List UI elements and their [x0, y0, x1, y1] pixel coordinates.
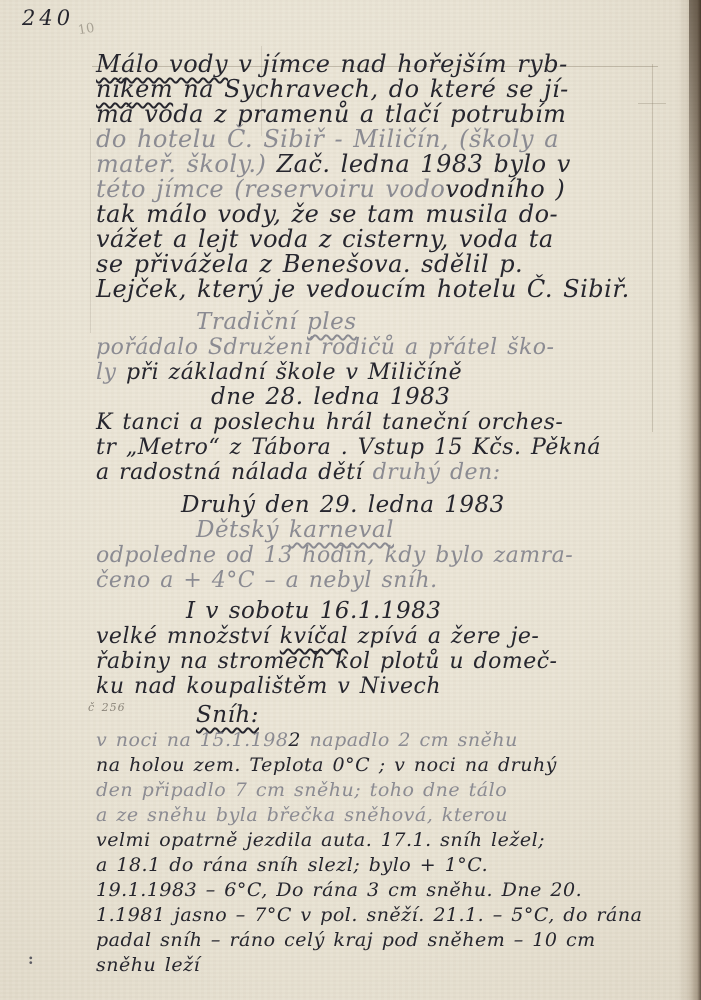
- handwriting-segment: karneval: [289, 517, 394, 543]
- handwriting-segment: tak málo vody, že se tam musila do-: [96, 200, 558, 228]
- handwriting-segment: velké množství: [96, 624, 280, 649]
- manuscript-line: vážet a lejt voda z cisterny, voda ta: [96, 227, 701, 252]
- handwriting-segment: dne 28. ledna 1983: [211, 384, 450, 410]
- pencil-annotation: 10: [77, 21, 96, 39]
- handwriting-segment: ku nad koupalištěm v Nivech: [96, 674, 441, 699]
- handwriting-segment: této jímce (reservoiru vodo: [96, 175, 445, 203]
- handwriting-segment: do hotelu Č. Sibiř - Miličín, (školy a: [96, 125, 559, 153]
- handwriting-segment: níkem: [96, 75, 173, 103]
- page-edge-shadow-top: [689, 0, 701, 330]
- handwriting-segment: čeno a + 4°C – a nebyl sníh.: [96, 568, 438, 593]
- manuscript-line: na holou zem. Teplota 0°C ; v noci na dr…: [96, 753, 701, 778]
- manuscript-line: v noci na 15.1.1982 napadlo 2 cm sněhu: [96, 728, 701, 753]
- handwriting-segment: má voda z pramenů a tlačí potrubím: [96, 100, 566, 128]
- handwriting-segment: 19.1.1983 – 6°C, Do rána 3 cm sněhu. Dne…: [96, 879, 582, 901]
- manuscript-line: K tanci a poslechu hrál taneční orches-: [96, 410, 701, 435]
- handwriting-segment: Zač. ledna 1983 bylo v: [276, 150, 570, 178]
- handwriting-segment: I v sobotu 16.1.1983: [186, 598, 441, 624]
- handwriting-segment: Dětský: [196, 517, 289, 543]
- chronicle-page: 240 10 : Málo vody v jímce nad hořejším …: [0, 0, 701, 1000]
- manuscript-line: velké množství kvíčal zpívá a žere je-: [96, 624, 701, 649]
- handwriting-segment: a radostná nálada dětí: [96, 460, 373, 485]
- handwriting-segment: ly: [96, 360, 126, 385]
- handwriting-segment: druhý den:: [373, 460, 501, 485]
- manuscript-line: Lejček, který je vedoucím hotelu Č. Sibi…: [96, 277, 701, 302]
- manuscript-line: má voda z pramenů a tlačí potrubím: [96, 102, 701, 127]
- handwriting-segment: kvíčal: [280, 624, 348, 649]
- handwriting-segment: Sníh:: [196, 702, 259, 728]
- handwriting-segment: při základní škole v Miličíně: [126, 360, 462, 385]
- handwriting-segment: velmi opatrně jezdila auta. 17.1. sníh l…: [96, 829, 545, 851]
- handwriting-segment: sněhu leží: [96, 954, 200, 976]
- manuscript-line: Dětský karneval: [196, 518, 701, 543]
- margin-note-number: č 256: [88, 695, 126, 720]
- handwriting-segment: napadlo 2 cm sněhu: [301, 729, 518, 751]
- bottom-pencil-mark: :: [28, 950, 34, 968]
- manuscript-line: níkem na Sychravech, do které se jí-: [96, 77, 701, 102]
- manuscript-line: ku nad koupalištěm v Nivechč 256: [96, 674, 701, 699]
- handwriting-segment: Tradiční: [196, 309, 307, 335]
- handwriting-segment: a 18.1 do rána sníh slezl; bylo + 1°C.: [96, 854, 488, 876]
- handwriting-segment: ples: [307, 309, 357, 335]
- handwriting-segment: Lejček, který je vedoucím hotelu Č. Sibi…: [96, 275, 630, 303]
- manuscript-line: této jímce (reservoiru vodovodního ): [96, 177, 701, 202]
- paper-crease-left: [90, 128, 91, 333]
- handwriting-segment: a ze sněhu byla břečka sněhová, kterou: [96, 804, 508, 826]
- manuscript-line: dne 28. ledna 1983: [211, 385, 701, 410]
- handwriting-segment: mateř. školy.): [96, 150, 276, 178]
- manuscript-line: se přivážela z Benešova. sdělil p.: [96, 252, 701, 277]
- manuscript-line: sněhu leží: [96, 953, 701, 978]
- handwriting-segment: pořádalo Sdružení rodičů a přátel ško-: [96, 335, 554, 360]
- manuscript-line: čeno a + 4°C – a nebyl sníh.: [96, 568, 701, 593]
- manuscript-line: padal sníh – ráno celý kraj pod sněhem –…: [96, 928, 701, 953]
- manuscript-line: Sníh:: [196, 703, 701, 728]
- manuscript-line: a radostná nálada dětí druhý den:: [96, 460, 701, 485]
- manuscript-line: 19.1.1983 – 6°C, Do rána 3 cm sněhu. Dne…: [96, 878, 701, 903]
- handwriting-segment: K tanci a poslechu hrál taneční orches-: [96, 410, 563, 435]
- manuscript-line: a ze sněhu byla břečka sněhová, kterou: [96, 803, 701, 828]
- handwriting-segment: řabiny na stromech kol plotů u domeč-: [96, 649, 557, 674]
- handwriting-segment: v jímce nad hořejším ryb-: [228, 50, 568, 78]
- manuscript-line: pořádalo Sdružení rodičů a přátel ško-: [96, 335, 701, 360]
- manuscript-line: Tradiční ples: [196, 310, 701, 335]
- handwriting-segment: na holou zem. Teplota 0°C ; v noci na dr…: [96, 754, 557, 776]
- manuscript-line: do hotelu Č. Sibiř - Miličín, (školy a: [96, 127, 701, 152]
- handwriting-segment: v noci na 15.1.198: [96, 729, 288, 751]
- manuscript-line: Druhý den 29. ledna 1983: [181, 493, 701, 518]
- manuscript-line: a 18.1 do rána sníh slezl; bylo + 1°C.: [96, 853, 701, 878]
- manuscript-line: den připadlo 7 cm sněhu; toho dne tálo: [96, 778, 701, 803]
- page-number: 240: [22, 6, 74, 30]
- handwriting-segment: den připadlo 7 cm sněhu; toho dne tálo: [96, 779, 507, 801]
- manuscript-line: mateř. školy.) Zač. ledna 1983 bylo v: [96, 152, 701, 177]
- handwriting-segment: Druhý den 29. ledna 1983: [181, 492, 505, 518]
- handwriting-segment: odpoledne od 13 hodin, kdy bylo zamra-: [96, 543, 573, 568]
- handwriting-segment: 2: [288, 729, 301, 751]
- handwriting-segment: se přivážela z Benešova. sdělil p.: [96, 250, 523, 278]
- manuscript-line: Málo vody v jímce nad hořejším ryb-: [96, 52, 701, 77]
- manuscript-line: velmi opatrně jezdila auta. 17.1. sníh l…: [96, 828, 701, 853]
- handwriting-segment: padal sníh – ráno celý kraj pod sněhem –…: [96, 929, 596, 951]
- handwriting-segment: zpívá a žere je-: [348, 624, 539, 649]
- manuscript-line: tak málo vody, že se tam musila do-: [96, 202, 701, 227]
- manuscript-line: odpoledne od 13 hodin, kdy bylo zamra-: [96, 543, 701, 568]
- handwriting-segment: 1.1981 jasno – 7°C v pol. sněží. 21.1. –…: [96, 904, 642, 926]
- manuscript-line: I v sobotu 16.1.1983: [186, 599, 701, 624]
- manuscript-line: ly při základní škole v Miličíně: [96, 360, 701, 385]
- handwriting-segment: Málo vody: [96, 50, 228, 78]
- manuscript-line: 1.1981 jasno – 7°C v pol. sněží. 21.1. –…: [96, 903, 701, 928]
- manuscript-line: tr „Metro“ z Tábora . Vstup 15 Kčs. Pěkn…: [96, 435, 701, 460]
- handwriting-segment: vážet a lejt voda z cisterny, voda ta: [96, 225, 554, 253]
- handwriting-segment: vodního ): [445, 175, 565, 203]
- manuscript-line: řabiny na stromech kol plotů u domeč-: [96, 649, 701, 674]
- manuscript: Málo vody v jímce nad hořejším ryb-níkem…: [96, 52, 701, 978]
- handwriting-segment: tr „Metro“ z Tábora . Vstup 15 Kčs. Pěkn…: [96, 435, 601, 460]
- handwriting-segment: na Sychravech, do které se jí-: [173, 75, 569, 103]
